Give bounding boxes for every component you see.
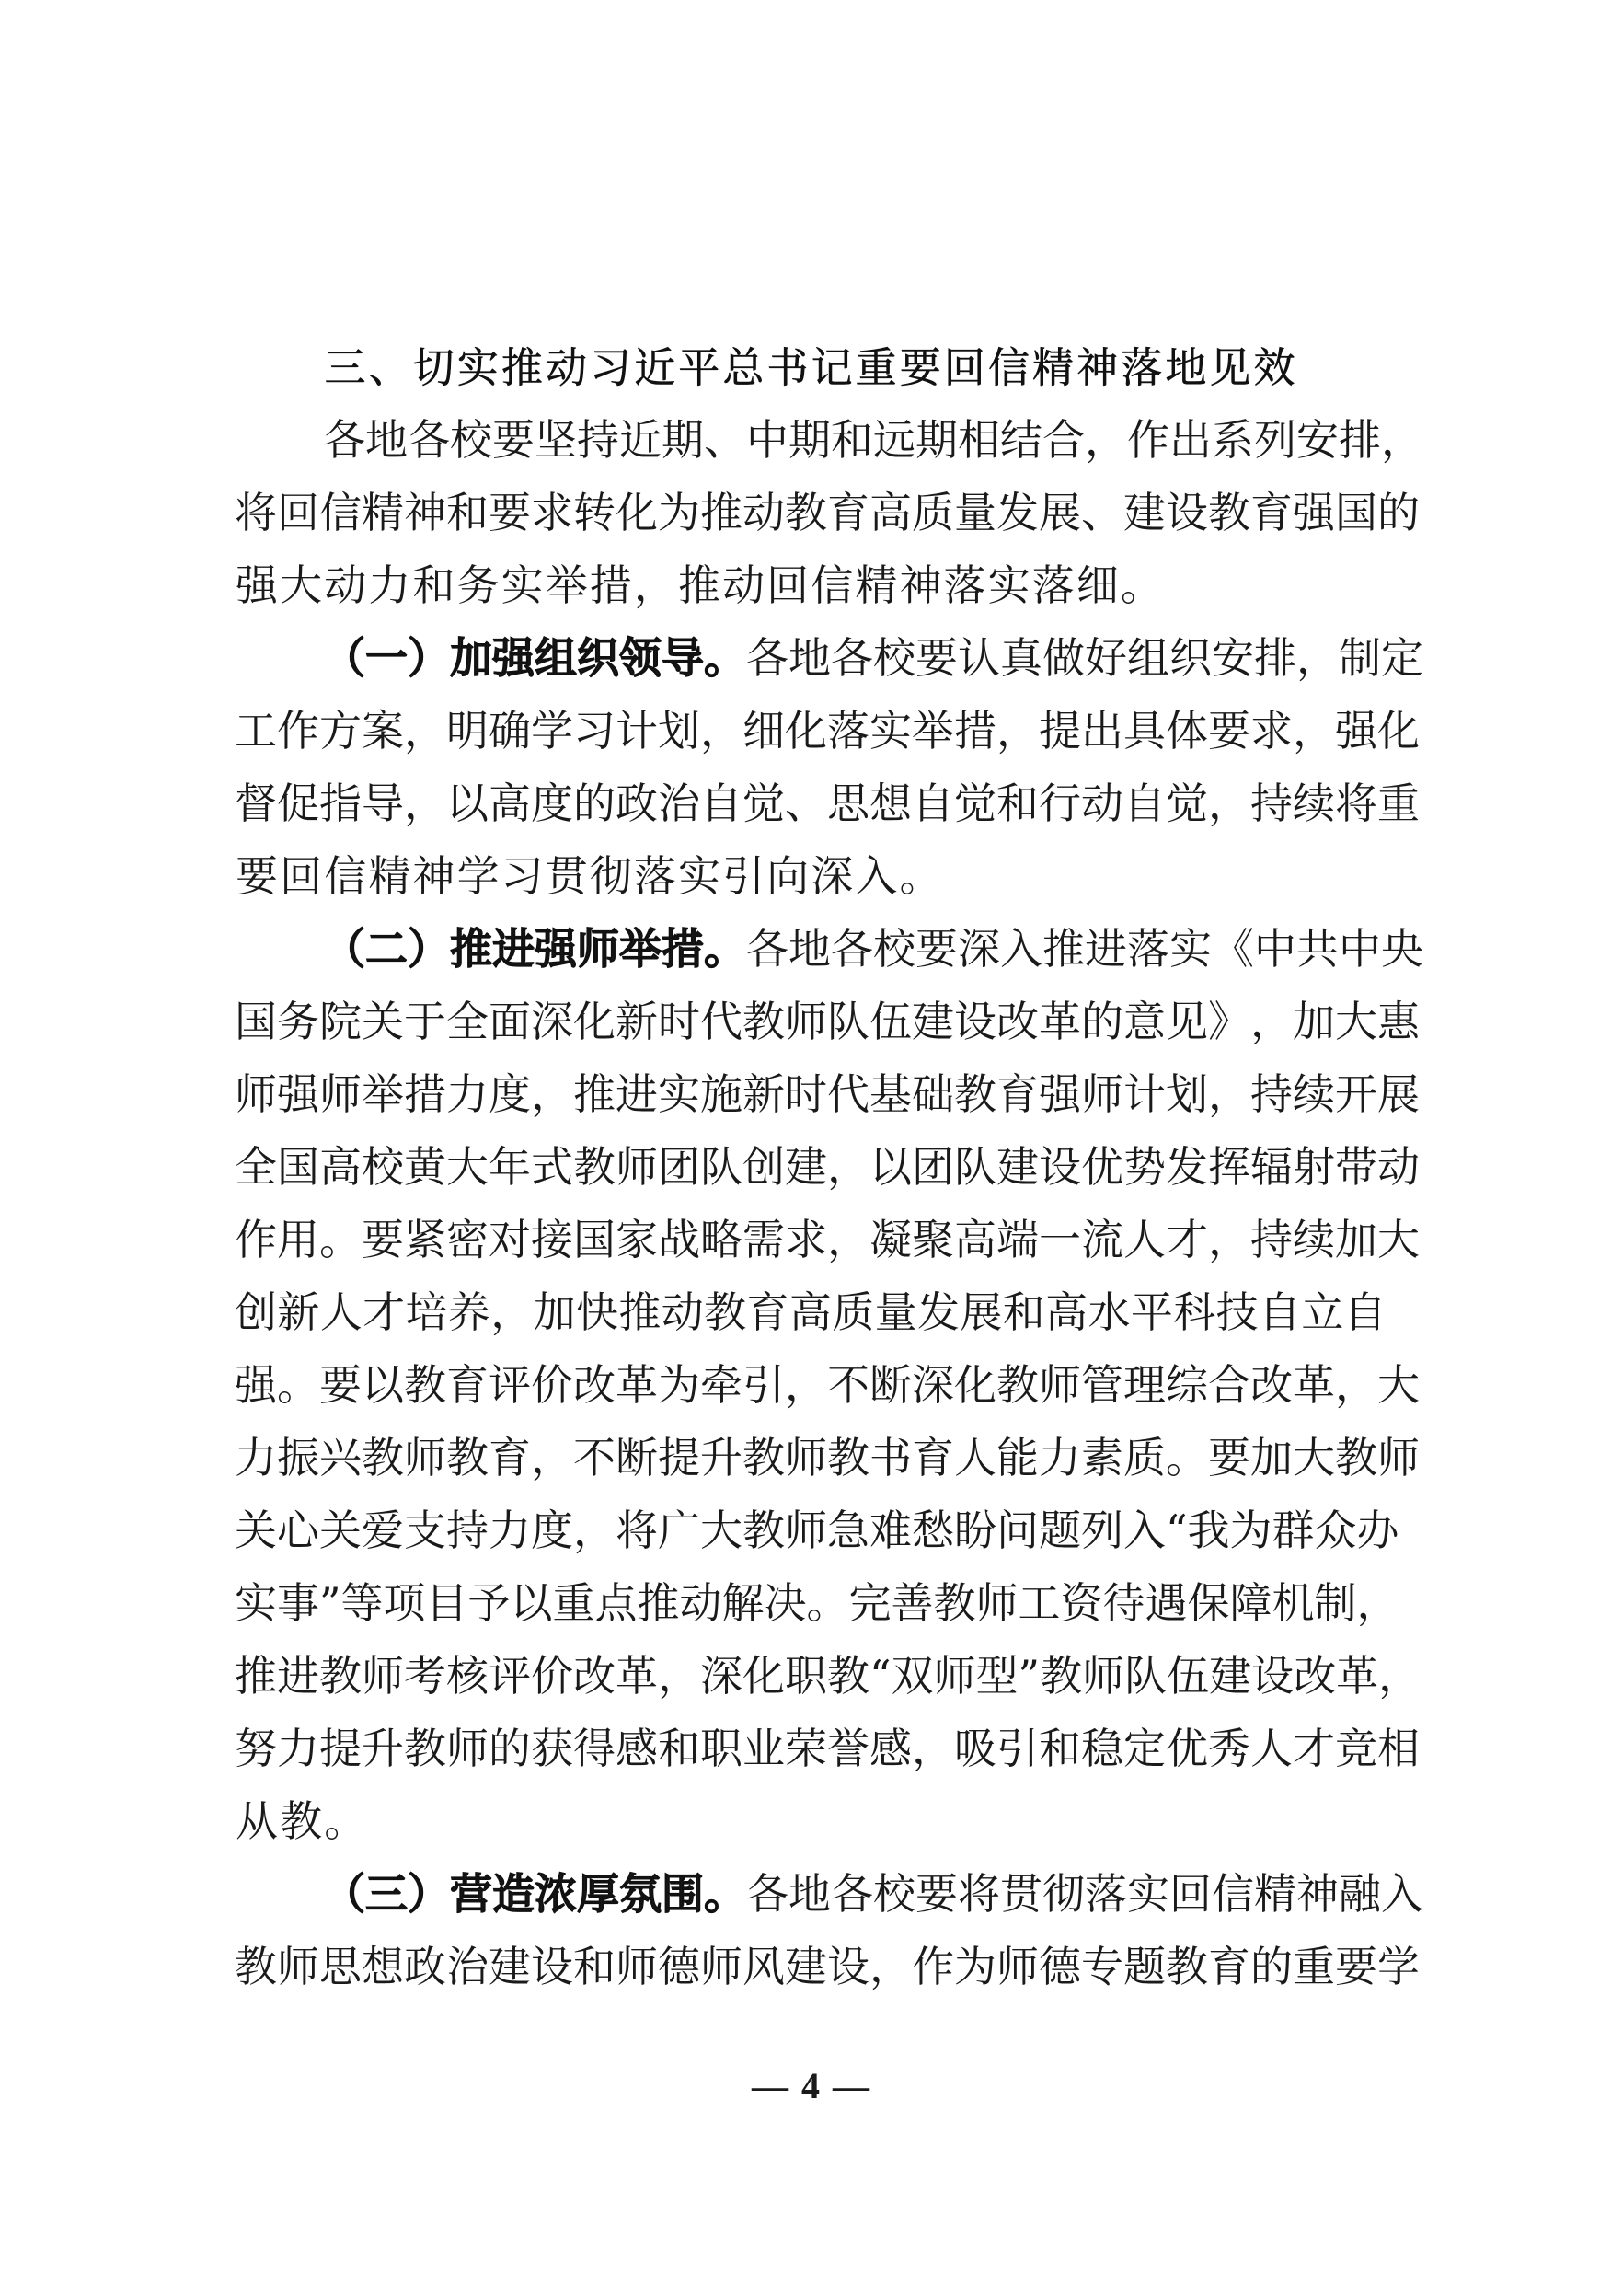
- paragraph-line: 实事”等项目予以重点推动解决。完善教师工资待遇保障机制，: [235, 1567, 1387, 1640]
- paragraph-line: 将回信精神和要求转化为推动教育高质量发展、建设教育强国的: [235, 477, 1387, 549]
- paragraph-line: 各地各校要坚持近期、中期和远期相结合，作出系列安排，: [235, 404, 1387, 477]
- document-page: 三、切实推动习近平总书记重要回信精神落地见效各地各校要坚持近期、中期和远期相结合…: [0, 0, 1623, 2296]
- paragraph-line: 督促指导，以高度的政治自觉、思想自觉和行动自觉，持续将重: [235, 767, 1387, 840]
- paragraph-line: （一）加强组织领导。各地各校要认真做好组织安排，制定: [235, 622, 1387, 695]
- paragraph-line: 强。要以教育评价改革为牵引，不断深化教师管理综合改革，大: [235, 1349, 1387, 1422]
- paragraph-line: 国务院关于全面深化新时代教师队伍建设改革的意见》，加大惠: [235, 986, 1387, 1058]
- paragraph-line: 工作方案，明确学习计划，细化落实举措，提出具体要求，强化: [235, 695, 1387, 767]
- paragraph-line: 从教。: [235, 1785, 1387, 1858]
- page-number: — 4 —: [0, 2064, 1623, 2107]
- paragraph-line: 推进教师考核评价改革，深化职教“双师型”教师队伍建设改革，: [235, 1640, 1387, 1713]
- paragraph-line: 创新人才培养，加快推动教育高质量发展和高水平科技自立自: [235, 1276, 1387, 1349]
- section-heading: 三、切实推动习近平总书记重要回信精神落地见效: [235, 331, 1387, 404]
- paragraph-line: 作用。要紧密对接国家战略需求，凝聚高端一流人才，持续加大: [235, 1204, 1387, 1276]
- paragraph-line: （二）推进强师举措。各地各校要深入推进落实《中共中央: [235, 913, 1387, 986]
- paragraph-line: 强大动力和务实举措，推动回信精神落实落细。: [235, 549, 1387, 622]
- paragraph-line: 力振兴教师教育，不断提升教师教书育人能力素质。要加大教师: [235, 1422, 1387, 1494]
- paragraph-line: 要回信精神学习贯彻落实引向深入。: [235, 840, 1387, 913]
- paragraph-line: 努力提升教师的获得感和职业荣誉感，吸引和稳定优秀人才竞相: [235, 1713, 1387, 1785]
- document-body: 三、切实推动习近平总书记重要回信精神落地见效各地各校要坚持近期、中期和远期相结合…: [235, 331, 1387, 2003]
- paragraph-line: （三）营造浓厚氛围。各地各校要将贯彻落实回信精神融入: [235, 1858, 1387, 1931]
- paragraph-line: 教师思想政治建设和师德师风建设，作为师德专题教育的重要学: [235, 1931, 1387, 2003]
- paragraph-line: 关心关爱支持力度，将广大教师急难愁盼问题列入“我为群众办: [235, 1494, 1387, 1567]
- paragraph-line: 全国高校黄大年式教师团队创建，以团队建设优势发挥辐射带动: [235, 1131, 1387, 1204]
- paragraph-line: 师强师举措力度，推进实施新时代基础教育强师计划，持续开展: [235, 1058, 1387, 1131]
